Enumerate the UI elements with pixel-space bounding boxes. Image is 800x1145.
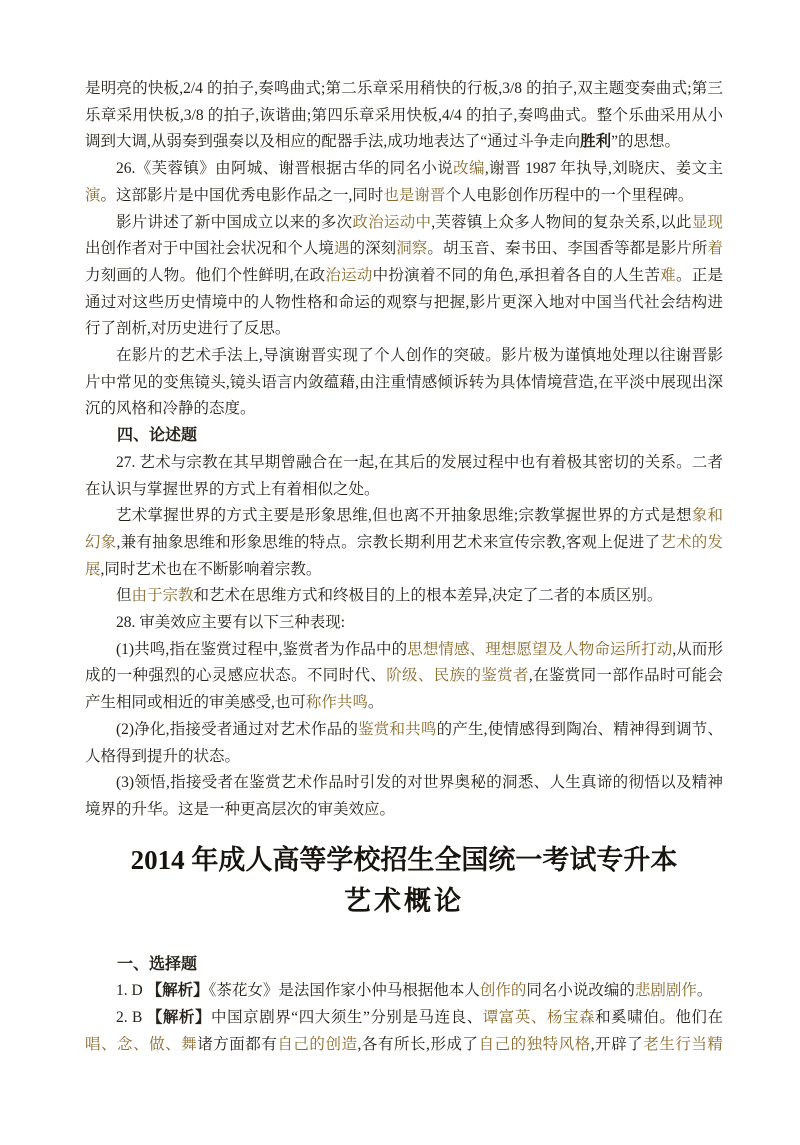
tinted-run: 着 <box>707 240 723 257</box>
para-answer-2: 2. B 【解析】中国京剧界“四大须生”分别是马连良、谭富英、杨宝森和奚啸伯。他… <box>85 1005 723 1058</box>
exam-title-line1: 2014 年成人高等学校招生全国统一考试专升本 <box>85 840 723 881</box>
tinted-run: 显现 <box>692 214 723 231</box>
text-run: ,开辟了 <box>591 1036 644 1053</box>
text-run: 出创作者对于中国社会状况和个人境 <box>85 240 334 257</box>
para-26-film-story: 影片讲述了新中国成立以来的多次政治运动中,芙蓉镇上众多人物间的复杂关系,以此显现… <box>85 210 723 344</box>
answers-section-top: 是明亮的快板,2/4 的拍子,奏鸣曲式;第二乐章采用稍快的行板,3/8 的拍子,… <box>85 76 723 824</box>
tinted-run: 悲剧剧作 <box>635 982 697 999</box>
text-run: 艺术掌握世界的方式主要是形象思维,但也离不开抽象思维;宗教掌握世界的方式是想 <box>116 507 692 524</box>
bold-run: 【解析】 <box>147 1009 211 1026</box>
para-27-art-religion-body: 艺术掌握世界的方式主要是形象思维,但也离不开抽象思维;宗教掌握世界的方式是想象和… <box>85 503 723 583</box>
text-run: 和奚啸伯。他们在 <box>595 1009 723 1026</box>
exam-title: 2014 年成人高等学校招生全国统一考试专升本 艺术概论 <box>85 840 723 922</box>
text-run: 。这部影片是中国优秀电影作品之一,同时 <box>101 187 384 204</box>
text-run: 力刻画的人物。他们个性鲜明,在政 <box>85 267 325 284</box>
text-run: 一、选择题 <box>117 956 197 973</box>
text-run: (3)领悟,指接受者在鉴赏艺术作品时引发的对世界奥秘的洞悉、人生真谛的彻悟以及精… <box>85 774 723 818</box>
tinted-run: 政治运动中 <box>352 214 431 231</box>
scanned-exam-answer-page: 是明亮的快板,2/4 的拍子,奏鸣曲式;第二乐章采用稍快的行板,3/8 的拍子,… <box>0 0 800 1145</box>
tinted-run: 遇 <box>334 240 350 257</box>
para-26-film-technique: 在影片的艺术手法上,导演谢晋实现了个人创作的突破。影片极为谨慎地处理以往谢晋影片… <box>85 343 723 423</box>
text-run: ,谢晋 1987 年执导,刘晓庆、姜文主 <box>485 160 723 177</box>
tinted-run: 由于宗教 <box>132 587 194 604</box>
para-25-symphony-continued: 是明亮的快板,2/4 的拍子,奏鸣曲式;第二乐章采用稍快的行板,3/8 的拍子,… <box>85 76 723 156</box>
para-28-item-resonance: (1)共鸣,指在鉴赏过程中,鉴赏者为作品中的思想情感、理想愿望及人物命运所打动,… <box>85 637 723 717</box>
tinted-run: 谭富英、杨宝森 <box>483 1009 595 1026</box>
text-run: 《茶花女》是法国作家小仲马根据他本人 <box>209 982 480 999</box>
text-run: ”的思想。 <box>611 133 680 150</box>
tinted-run: 自己的独特风格 <box>479 1036 591 1053</box>
text-run: (2)净化,指接受者通过对艺术作品的 <box>116 721 358 738</box>
text-run: 27. 艺术与宗教在其早期曾融合在一起,在其后的发展过程中也有着极其密切的关系。… <box>85 454 723 498</box>
tinted-run: 洞察 <box>396 240 427 257</box>
exam-title-line2: 艺术概论 <box>85 881 723 922</box>
text-run: (1)共鸣,指在鉴赏过程中,鉴赏者为作品中的 <box>116 641 407 658</box>
text-run: 26.《芙蓉镇》由阿城、谢晋根据古华的同名小说 <box>116 160 453 177</box>
text-run: 的深刻 <box>350 240 397 257</box>
para-28-aesthetic-intro: 28. 审美效应主要有以下三种表现: <box>85 610 723 637</box>
text-run: 28. 审美效应主要有以下三种表现: <box>116 614 345 631</box>
tinted-run: 唱、念、做、舞 <box>85 1036 197 1053</box>
text-run: 同名小说改编的 <box>526 982 635 999</box>
tinted-run: 演 <box>85 187 101 204</box>
text-run: 四、论述题 <box>117 427 197 444</box>
tinted-run: 难 <box>660 267 676 284</box>
para-answer-1: 1. D 【解析】《茶花女》是法国作家小仲马根据他本人创作的同名小说改编的悲剧剧… <box>85 978 723 1005</box>
para-28-item-purification: (2)净化,指接受者通过对艺术作品的鉴赏和共鸣的产生,使情感得到陶冶、精神得到调… <box>85 717 723 770</box>
text-run: 影片讲述了新中国成立以来的多次 <box>116 214 352 231</box>
text-run: ,同时艺术也在不断影响着宗教。 <box>101 561 322 578</box>
tinted-run: 称作共鸣 <box>306 694 368 711</box>
tinted-run: 阶级、民族的鉴赏者 <box>386 667 529 684</box>
text-run: 1. D <box>116 982 147 999</box>
text-run: 中扮演着不同的角色,承担着各自的人生苦 <box>373 267 661 284</box>
bold-run: 【解析】 <box>147 982 209 999</box>
text-run: 。胡玉音、秦书田、李国香等都是影片所 <box>427 240 707 257</box>
tinted-run: 也是谢晋 <box>383 187 445 204</box>
tinted-run: 自己的创造 <box>277 1036 357 1053</box>
tinted-run: 改编 <box>453 160 485 177</box>
para-27-art-religion-difference: 但由于宗教和艺术在思维方式和终极目的上的根本差异,决定了二者的本质区别。 <box>85 583 723 610</box>
text-run: 诸方面都有 <box>197 1036 277 1053</box>
answers-section-bottom: 一、选择题1. D 【解析】《茶花女》是法国作家小仲马根据他本人创作的同名小说改… <box>85 952 723 1059</box>
tinted-run: 鉴赏和共鸣 <box>358 721 436 738</box>
tinted-run: 治运动 <box>325 267 372 284</box>
text-run: ,芙蓉镇上众多人物间的复杂关系,以此 <box>431 214 691 231</box>
text-run: 和艺术在思维方式和终极目的上的根本差异,决定了二者的本质区别。 <box>194 587 663 604</box>
bold-run: 胜利 <box>580 133 611 150</box>
tinted-run: 思想情感、理想愿望及人物命运所打动 <box>407 641 672 658</box>
text-run: ,各有所长,形成了 <box>358 1036 479 1053</box>
text-run: ,兼有抽象思维和形象思维的特点。宗教长期利用艺术来宣传宗教,客观上促进了 <box>117 534 661 551</box>
tinted-run: 创作的 <box>480 982 527 999</box>
heading-multiple-choice: 一、选择题 <box>85 952 723 979</box>
para-27-art-religion-intro: 27. 艺术与宗教在其早期曾融合在一起,在其后的发展过程中也有着极其密切的关系。… <box>85 450 723 503</box>
text-run: 。 <box>368 694 384 711</box>
text-run: 中国京剧界“四大须生”分别是马连良、 <box>211 1009 483 1026</box>
text-run: 在影片的艺术手法上,导演谢晋实现了个人创作的突破。影片极为谨慎地处理以往谢晋影片… <box>85 347 723 417</box>
heading-essay-questions: 四、论述题 <box>85 423 723 450</box>
content-column: 是明亮的快板,2/4 的拍子,奏鸣曲式;第二乐章采用稍快的行板,3/8 的拍子,… <box>85 76 723 1059</box>
text-run: 2. B <box>116 1009 147 1026</box>
text-run: 但 <box>116 587 132 604</box>
text-run: 个人电影创作历程中的一个里程碑。 <box>445 187 693 204</box>
para-26-furongzhen-intro: 26.《芙蓉镇》由阿城、谢晋根据古华的同名小说改编,谢晋 1987 年执导,刘晓… <box>85 156 723 209</box>
tinted-run: 老生行当精 <box>643 1036 723 1053</box>
para-28-item-enlightenment: (3)领悟,指接受者在鉴赏艺术作品时引发的对世界奥秘的洞悉、人生真谛的彻悟以及精… <box>85 770 723 823</box>
text-run: 。 <box>697 982 713 999</box>
